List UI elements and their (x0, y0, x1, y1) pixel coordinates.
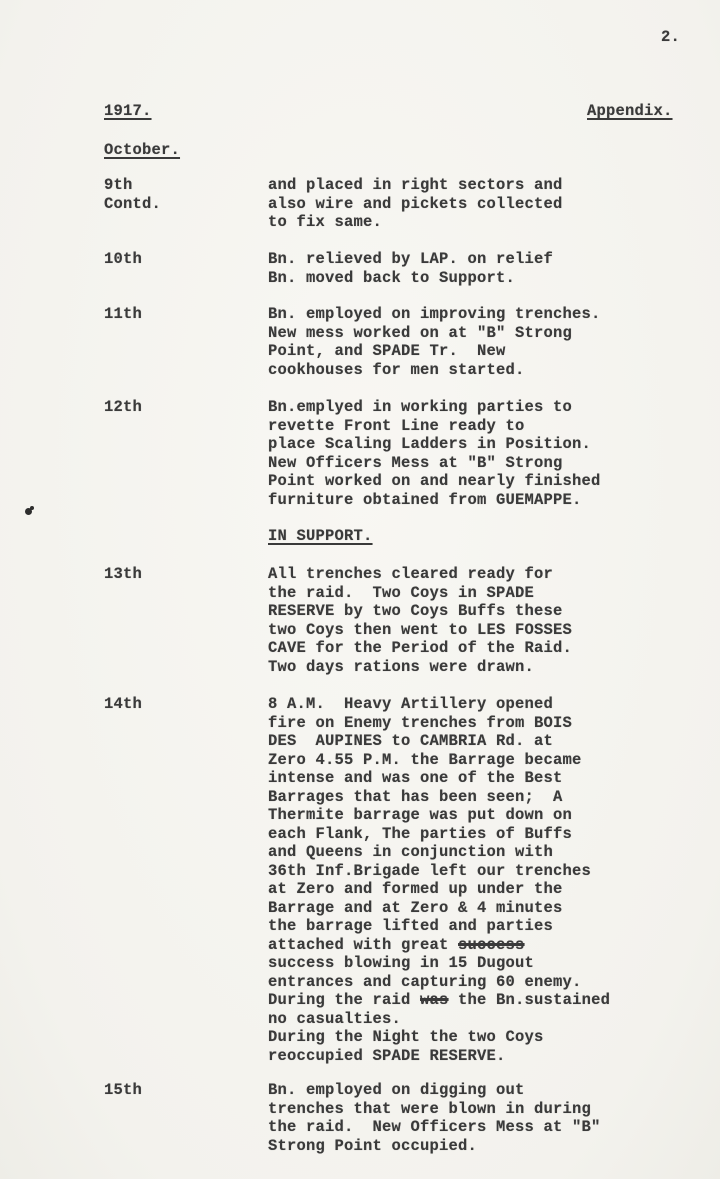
entry-line: attached with great success (268, 936, 610, 955)
entry-date: 15th (104, 1081, 142, 1100)
entry-line: and placed in right sectors and (268, 176, 563, 195)
entry-line: Two days rations were drawn. (268, 658, 572, 677)
entry-line: revette Front Line ready to (268, 417, 601, 436)
entry-line: and Queens in conjunction with (268, 843, 610, 862)
entry-line: CAVE for the Period of the Raid. (268, 639, 572, 658)
entry-text: and placed in right sectors and also wir… (268, 176, 563, 232)
entry-line: the raid. New Officers Mess at "B" (268, 1118, 601, 1137)
entry-line: New Officers Mess at "B" Strong (268, 454, 601, 473)
section-heading: IN SUPPORT. (268, 527, 373, 546)
entry-line-text: During the raid (268, 991, 420, 1009)
entry-line: During the Night the two Coys (268, 1028, 610, 1047)
entry-line: Zero 4.55 P.M. the Barrage became (268, 751, 610, 770)
entry-line: DES AUPINES to CAMBRIA Rd. at (268, 732, 610, 751)
entry-line: also wire and pickets collected (268, 195, 563, 214)
entry-line: Barrages that has been seen; A (268, 788, 610, 807)
entry-line: fire on Enemy trenches from BOIS (268, 714, 610, 733)
struck-word: was (420, 991, 449, 1009)
entry-line: no casualties. (268, 1010, 610, 1029)
entry-date: 9th Contd. (104, 176, 161, 213)
entry-line-text: the Bn.sustained (449, 991, 611, 1009)
page-number: 2. (661, 28, 680, 47)
entry-line: entrances and capturing 60 enemy. (268, 973, 610, 992)
entry-date: 11th (104, 305, 142, 324)
entry-line: Thermite barrage was put down on (268, 806, 610, 825)
entry-line: to fix same. (268, 213, 563, 232)
entry-line: Bn. relieved by LAP. on relief (268, 250, 553, 269)
entry-line: 8 A.M. Heavy Artillery opened (268, 695, 610, 714)
entry-line: Bn. employed on improving trenches. (268, 305, 601, 324)
entry-line: cookhouses for men started. (268, 361, 601, 380)
entry-line: New mess worked on at "B" Strong (268, 324, 601, 343)
entry-line: All trenches cleared ready for (268, 565, 572, 584)
entry-text: Bn. employed on improving trenches. New … (268, 305, 601, 379)
entry-line: RESERVE by two Coys Buffs these (268, 602, 572, 621)
entry-line: trenches that were blown in during (268, 1100, 601, 1119)
month-heading: October. (104, 141, 180, 160)
year-heading: 1917. (104, 102, 152, 121)
entry-line-text: attached with great (268, 936, 458, 954)
entry-line: Bn. moved back to Support. (268, 269, 553, 288)
entry-line: Bn. employed on digging out (268, 1081, 601, 1100)
document-page: 2. 1917. Appendix. October. 9th Contd. a… (0, 0, 720, 1179)
entry-line: place Scaling Ladders in Position. (268, 435, 601, 454)
entry-line: the barrage lifted and parties (268, 917, 610, 936)
entry-line: each Flank, The parties of Buffs (268, 825, 610, 844)
entry-date: 13th (104, 565, 142, 584)
entry-line: Bn.emplyed in working parties to (268, 398, 601, 417)
entry-date: 10th (104, 250, 142, 269)
entry-line: Point worked on and nearly finished (268, 472, 601, 491)
entry-line: 36th Inf.Brigade left our trenches (268, 862, 610, 881)
entry-line: success blowing in 15 Dugout (268, 954, 610, 973)
entry-line: two Coys then went to LES FOSSES (268, 621, 572, 640)
entry-date: 14th (104, 695, 142, 714)
entry-line: reoccupied SPADE RESERVE. (268, 1047, 610, 1066)
entry-line: at Zero and formed up under the (268, 880, 610, 899)
entry-date: 12th (104, 398, 142, 417)
entry-line: Strong Point occupied. (268, 1137, 601, 1156)
entry-text: All trenches cleared ready for the raid.… (268, 565, 572, 676)
entry-line: Barrage and at Zero & 4 minutes (268, 899, 610, 918)
ink-mark (30, 506, 34, 510)
appendix-heading: Appendix. (587, 102, 673, 121)
entry-text: Bn. employed on digging out trenches tha… (268, 1081, 601, 1155)
entry-line: During the raid was the Bn.sustained (268, 991, 610, 1010)
entry-text: Bn. relieved by LAP. on relief Bn. moved… (268, 250, 553, 287)
entry-line: the raid. Two Coys in SPADE (268, 584, 572, 603)
entry-text: Bn.emplyed in working parties to revette… (268, 398, 601, 509)
entry-text: 8 A.M. Heavy Artillery opened fire on En… (268, 695, 610, 1065)
entry-line: furniture obtained from GUEMAPPE. (268, 491, 601, 510)
entry-line: Point, and SPADE Tr. New (268, 342, 601, 361)
entry-line: intense and was one of the Best (268, 769, 610, 788)
struck-word: success (458, 936, 525, 954)
